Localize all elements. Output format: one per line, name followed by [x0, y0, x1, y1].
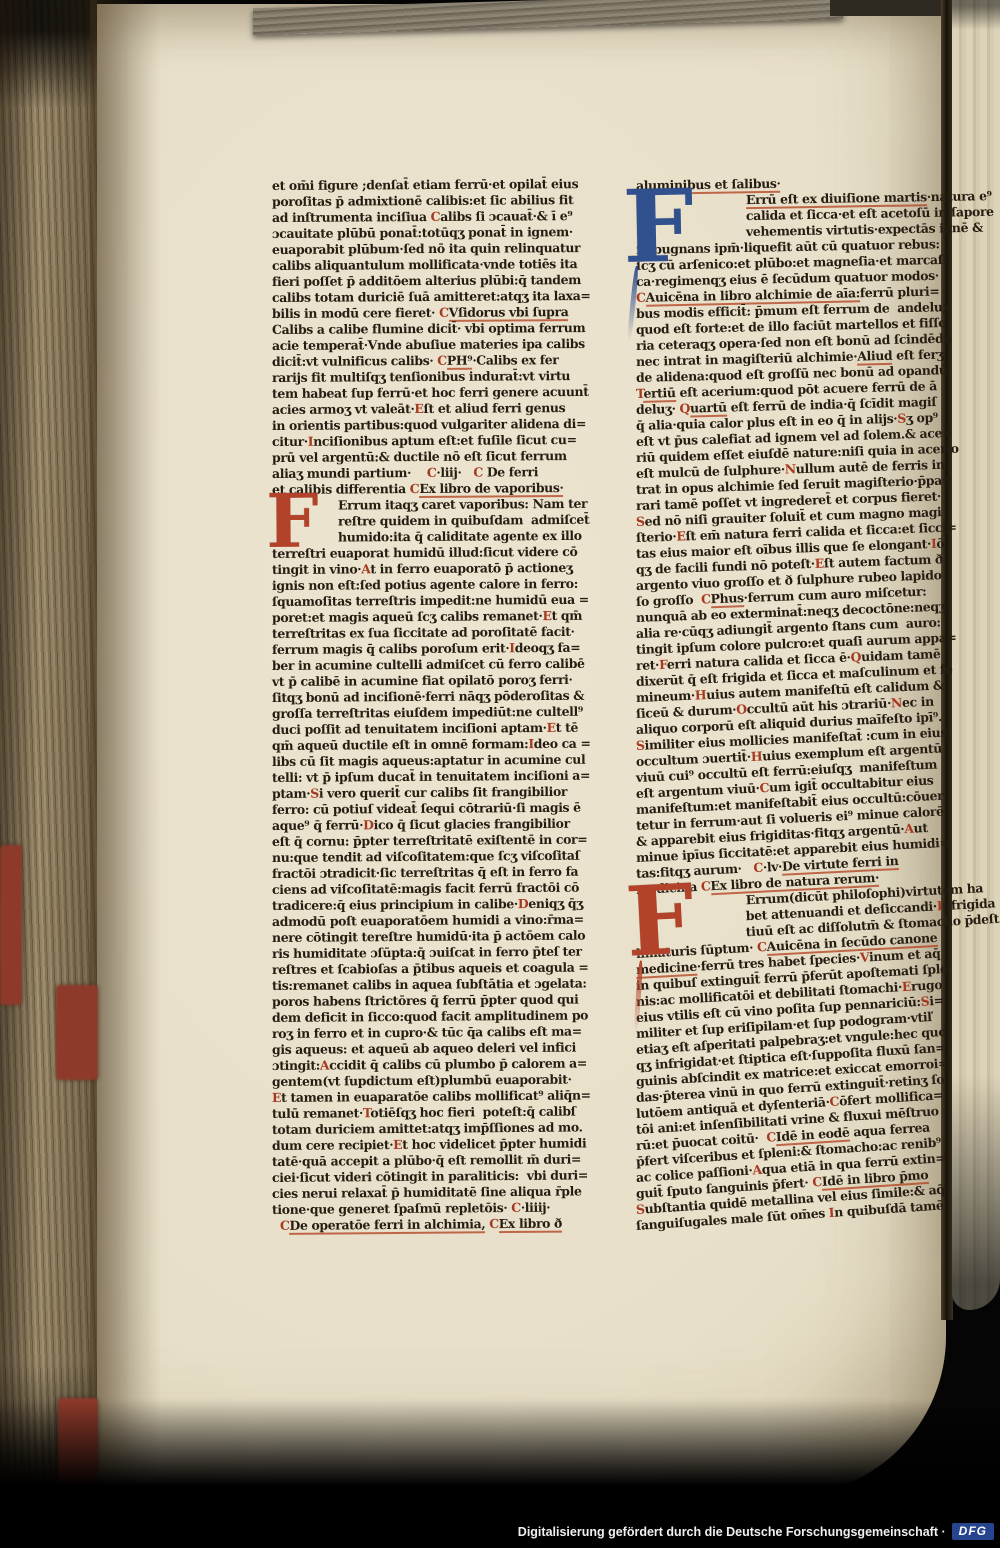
body-text: et om̄i figure ;denſat̄ etiam ferrū·et o…: [272, 176, 578, 193]
body-text: bilis in modū cere fieret·: [272, 305, 439, 321]
body-text: telli: vt p̄ ipſum ducat̄ in tenuitatem …: [272, 768, 590, 785]
fore-edge-red-mark: [0, 845, 22, 1005]
body-text: ʒ op⁹: [906, 410, 938, 426]
body-text: i=: [929, 993, 944, 1009]
body-text: fieri poſſet p̄ additōem alterius plūbi:…: [272, 272, 581, 289]
body-text: dem deficit in ſicco:quod facit amplitud…: [272, 1007, 588, 1025]
body-text: aque⁹ q̄ ferrū·: [272, 817, 363, 833]
rubric-text: C: [431, 209, 441, 224]
underlined-text: Vſidorus vbi ſupra: [449, 304, 569, 322]
rubric-text: N: [785, 461, 796, 476]
body-text: nere cōtingit tereſtre humidū·ita p̄ act…: [272, 928, 585, 945]
body-text: fractōi ɔtradicit·ſic terreſtritas q̄ eſ…: [272, 864, 578, 881]
rubric-text: A: [361, 561, 370, 576]
body-text: nciſionibus aptum eſt:et fuſile ſicut cu…: [313, 432, 577, 449]
body-text: t tamen in euaparatōe calibs mollificat⁹…: [281, 1087, 591, 1105]
body-text: rugo: [911, 977, 943, 994]
underlined-text: Ex libro ð: [499, 1216, 562, 1234]
rubric-text: C: [437, 353, 447, 368]
body-text: terreſtritas ex ſua ſiccitate ad poroſit…: [272, 624, 575, 641]
body-text: ferrum magis q̄ calibs poroſum erit·: [272, 640, 509, 657]
body-text: poroſitas p̄ admixtionē calibis:et ſic a…: [272, 192, 573, 209]
body-text: roʒ in ferro et in cupro·& tūc q̄a calib…: [272, 1024, 582, 1041]
text-line: CDe operatōe ferri in alchimia, CEx libr…: [272, 1215, 604, 1234]
rubric-text: S: [310, 786, 319, 801]
body-text: acies armoʒ vt valeāt·: [272, 401, 414, 417]
body-text: deoqʒ fa=: [515, 640, 581, 655]
rubric-text: C: [701, 591, 711, 606]
dfg-logo: DFG: [952, 1523, 994, 1540]
body-text: citur·: [272, 434, 308, 449]
rubric-text: S: [897, 411, 906, 426]
body-text: i vero querit̄ cur calibs ſit frangibili…: [319, 784, 567, 801]
body-text: ·lv·: [763, 859, 783, 875]
body-text: deluʒ·: [636, 401, 680, 417]
body-text: ɔtingit:: [272, 1058, 320, 1073]
body-text: tulū remanet·: [272, 1105, 363, 1121]
fore-edge-red-mark: [56, 985, 98, 1080]
body-text: eniqʒ q̄ʒ: [528, 896, 583, 911]
body-text: tradicere:q̄ eius principium in calibe·: [272, 896, 518, 913]
body-text: t qm̄: [551, 608, 582, 623]
body-text: t tē: [556, 720, 578, 735]
text-column-right: aluminibus et ſalibus·Errū eſt ex diuiſi…: [636, 178, 970, 1234]
body-text: poros habens ſtrictōres q̄ ferrū p̄pter …: [272, 992, 579, 1009]
body-text: tis:remanet calibs in aquea ſubſtātia et…: [272, 976, 587, 993]
binding-shadow: [0, 0, 97, 1548]
body-text: duci poſſit ad tenuitatem inciſioni apta…: [272, 720, 547, 737]
body-text: reſtre quidem in quibuſdam admiſcet̄: [338, 512, 589, 529]
body-text: ret·: [636, 657, 660, 673]
body-text: ·Calibs ex fer: [472, 352, 558, 368]
body-text: acie temperat̄·Vnde abuſiue materies ipa…: [272, 336, 585, 353]
body-text: eſt q̄ cornu: p̄pter terreſtritatē exiſt…: [272, 832, 587, 849]
body-text: ber in acumine cultelli admiſcet cū ferr…: [272, 656, 585, 673]
body-text: ſterio·: [636, 529, 677, 545]
body-text: ſt et aliud ferri genus: [423, 400, 565, 416]
body-text: otiēſqʒ hoc fieri poteſt:q̄ calibſ: [370, 1104, 575, 1121]
body-text: ō: [936, 536, 944, 551]
body-text: dum cere recipiet·: [272, 1137, 393, 1153]
body-text: ·liij·: [436, 465, 473, 480]
digitization-credit-bar: Digitalisierung gefördert durch die Deut…: [0, 1506, 1000, 1548]
body-text: admodū poſt euaporatōem humidi a vino:r̄…: [272, 912, 584, 929]
rubric-text: E: [393, 1137, 402, 1152]
body-text: ptam·: [272, 786, 310, 801]
rubric-text: D: [363, 817, 374, 832]
credit-text: Digitalisierung gefördert durch die Deut…: [518, 1525, 946, 1539]
body-text: ciei·ſicut videri cōtingit in paralitici…: [272, 1167, 588, 1185]
rubric-text: E: [272, 1090, 281, 1105]
underlined-text: De operatōe ferri in alchimia,: [289, 1216, 485, 1235]
body-text: alibs ſi ɔcauat̄·& ī e⁹: [440, 208, 572, 224]
body-text: gentem(vt ſupdictum eſt)plumbū euaporabi…: [272, 1072, 572, 1089]
body-text: gis aqueus: et aqueū ab aqueo deleri vel…: [272, 1040, 576, 1057]
body-text: ignis non eſt:ſed potius agente calore i…: [272, 576, 578, 593]
body-text: calibs aliquantulum mollificata·vnde tot…: [272, 256, 577, 273]
body-text: ciens ad viſcoſitatē:magis facit ferrū f…: [272, 880, 579, 897]
text-column-left: et om̄i figure ;denſat̄ etiam ferrū·et o…: [272, 178, 604, 1234]
gutter-shadow: [90, 0, 160, 1500]
illuminated-initial: F: [622, 185, 695, 268]
body-text: Calibs a calibe flumine dicit̄· vbi opti…: [272, 320, 585, 337]
body-text: tatē·quā accepit a plūbo·q̄ eſt remollit…: [272, 1151, 581, 1169]
body-text: prū vel argentū:& ductile nō eſt ſicut f…: [272, 448, 567, 465]
rubric-text: C: [489, 1216, 499, 1231]
rubric-text: C: [636, 290, 646, 305]
body-text: rarijs fit multiſqʒ tenſionibus indurat̄…: [272, 368, 570, 385]
rubric-text: E: [547, 720, 556, 735]
underlined-text: PH⁹: [447, 353, 473, 370]
body-text: ſitqʒ bonū ad inciſionē·ferri nāqʒ pōder…: [272, 688, 584, 705]
illuminated-initial: F: [624, 880, 696, 962]
rubric-text: E: [414, 401, 423, 416]
body-text: ferro: cū potiuſ videat̄ ſequi cōtrariū·…: [272, 800, 581, 817]
rubric-text: C: [410, 481, 420, 496]
body-text: ec in: [902, 694, 934, 710]
body-text: ·liiij·: [521, 1200, 551, 1215]
rubric-text: C: [473, 465, 483, 480]
body-text: ut: [913, 820, 928, 836]
body-text: De ferri: [483, 464, 538, 479]
body-text: tem habeat ſup ferrū·et hoc ferri genere…: [272, 384, 589, 401]
rubric-text: D: [518, 896, 529, 911]
body-text: poret:et magis aqueū ſcʒ calibs remanet·: [272, 608, 543, 625]
illuminated-initial: F: [266, 492, 319, 553]
rubric-text: C: [439, 305, 449, 320]
rubric-text: C: [757, 939, 767, 954]
body-text: ris humiditate ɔſūpta:q̄ ɔuiſcat in ferr…: [272, 944, 582, 961]
body-text: cies nerui relaxat̄ p̄ humiditatē ſine a…: [272, 1183, 582, 1201]
body-text: ſo groſſo: [636, 592, 702, 609]
rubric-text: E: [542, 608, 551, 623]
body-text: deo ca =: [534, 736, 591, 751]
body-text: ·natura e⁹: [927, 188, 992, 204]
body-text: qm̄ aqueū ductile eſt in omnē formam:: [272, 736, 528, 753]
rubric-text: Q: [679, 401, 690, 416]
rubric-text: A: [320, 1058, 329, 1073]
body-text: t in ferro euaporatō p̄ actioneʒ: [370, 560, 572, 576]
body-text: nu:que tendit ad viſcoſitatem:que ſcʒ vi…: [272, 848, 580, 865]
body-text: libs cū ſit magis aqueus:aptatur in acum…: [272, 752, 585, 769]
body-text: in orientis partibus:quod vulgariter ali…: [272, 416, 586, 433]
body-text: dicit̄:vt vulnificus calibs·: [272, 353, 437, 369]
body-text: euaporabit plūbum·ſed nō ita quin relinq…: [272, 240, 580, 257]
body-text: totam duriciem amittet:atqʒ imp̄ſſiones …: [272, 1119, 583, 1137]
body-text: [272, 1218, 280, 1233]
body-text: tione·que generet ſpaſmū repletōis·: [272, 1200, 511, 1217]
body-text: reſtres et ſcabioſas a p̄tibus aqueis et…: [272, 960, 589, 977]
body-text: ɔcauitate plūbū ponat̄:totūqʒ ponat̄ in …: [272, 224, 573, 241]
body-text: humido:ita q̄ caliditate agente ex illo: [338, 528, 582, 545]
scanned-book-photo: et om̄i figure ;denſat̄ etiam ferrū·et o…: [0, 0, 1000, 1548]
body-text: Errum itaqʒ caret vaporibus: Nam ter: [338, 496, 587, 513]
body-text: ico q̄ ſicut glacies frangibilior: [374, 816, 570, 832]
rubric-text: C: [511, 1200, 521, 1215]
body-text: vt p̄ calibē in acumine fiat opilatō por…: [272, 672, 573, 689]
body-text: ſquamoſitas terreſtris impedit:ne humidū…: [272, 592, 589, 609]
body-text: ad inſtrumenta inciſiua: [272, 209, 431, 225]
rubric-text: O: [736, 701, 747, 716]
body-text: groſſa terreſtritas eiuſdem impediūt:ne …: [272, 704, 583, 721]
rubric-text: E: [814, 556, 824, 571]
body-text: t hoc videlicet p̄pter humidi: [402, 1135, 586, 1152]
body-text: ccidit q̄ calibs cū plumbo p̄ calorem a=: [329, 1055, 587, 1072]
body-text: eſt ferʒ: [892, 347, 944, 363]
rubric-text: C: [700, 878, 710, 893]
body-text: mineum·: [636, 688, 695, 705]
body-text: calibs totam duriciē ſuā amitteret:atqʒ …: [272, 288, 591, 305]
body-text: ferrū pluri=: [860, 284, 940, 301]
